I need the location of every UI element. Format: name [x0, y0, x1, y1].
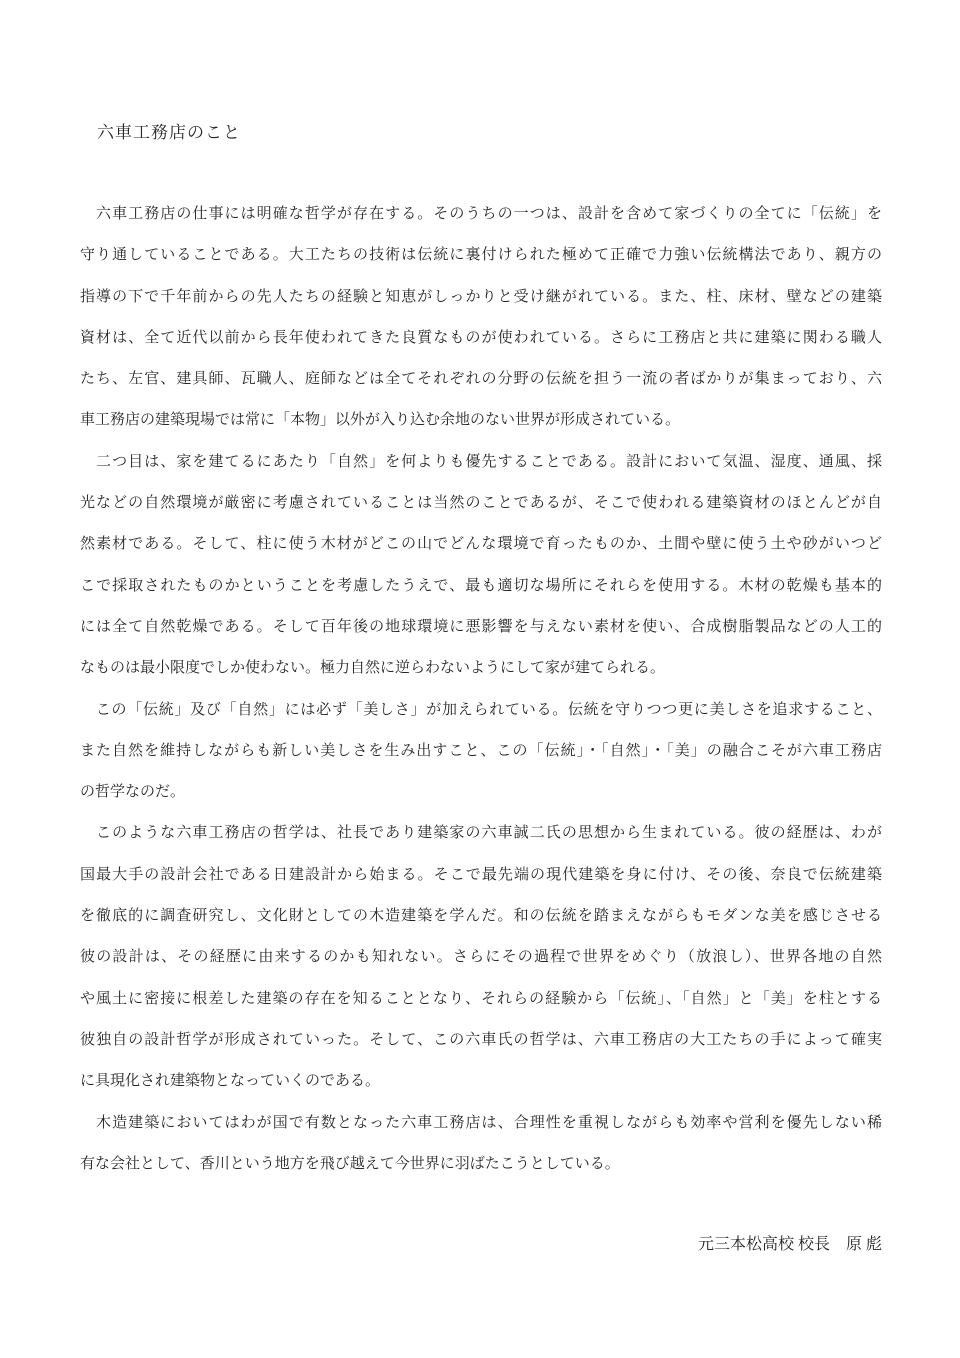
text-line: 木造建築においてはわが国で有数となった六車工務店は、合理性を重視しながらも効率や… — [80, 1103, 882, 1144]
text-line: や風土に密接に根差した建築の存在を知ることとなり、それらの経験から「伝統」、「自… — [80, 979, 882, 1020]
text-line: 資材は、全て近代以前から長年使われてきた良質なものが使われている。さらに工務店と… — [80, 318, 882, 359]
text-line: 彼の設計は、その経歴に由来するのかも知れない。さらにその過程で世界をめぐり（放浪… — [80, 937, 882, 978]
text-line: 然素材である。そして、柱に使う木材がどこの山でどんな環境で育ったものか、土間や壁… — [80, 524, 882, 565]
text-line: この「伝統」及び「自然」には必ず「美しさ」が加えられている。伝統を守りつつ更に美… — [80, 690, 882, 731]
signature: 元三本松高校 校長 原 彪 — [80, 1234, 882, 1256]
text-line: 彼独自の設計哲学が形成されていった。そして、この六車氏の哲学は、六車工務店の大工… — [80, 1020, 882, 1061]
text-line: 国最大手の設計会社である日建設計から始まる。そこで最先端の現代建築を身に付け、そ… — [80, 855, 882, 896]
text-line: このような六車工務店の哲学は、社長であり建築家の六車誠二氏の思想から生まれている… — [80, 813, 882, 854]
text-line: には全て自然乾燥である。そして百年後の地球環境に悪影響を与えない素材を使い、合成… — [80, 607, 882, 648]
document-title: 六車工務店のこと — [97, 122, 882, 144]
text-line: 車工務店の建築現場では常に「本物」以外が入り込む余地のない世界が形成されている。 — [80, 400, 882, 441]
text-line: 二つ目は、家を建てるにあたり「自然」を何よりも優先することである。設計において気… — [80, 442, 882, 483]
text-line: こで採取されたものかということを考慮したうえで、最も適切な場所にそれらを使用する… — [80, 566, 882, 607]
text-line: たち、左官、建具師、瓦職人、庭師などは全てそれぞれの分野の伝統を担う一流の者ばか… — [80, 359, 882, 400]
text-line: に具現化され建築物となっていくのである。 — [80, 1061, 882, 1102]
text-line: また自然を維持しながらも新しい美しさを生み出すこと、この「伝統」・「自然」・「美… — [80, 731, 882, 772]
document-body: 六車工務店の仕事には明確な哲学が存在する。そのうちの一つは、設計を含めて家づくり… — [80, 194, 882, 1185]
text-line: 有な会社として、香川という地方を飛び越えて今世界に羽ばたこうとしている。 — [80, 1144, 882, 1185]
text-line: 光などの自然環境が厳密に考慮されていることは当然のことであるが、そこで使われる建… — [80, 483, 882, 524]
text-line: 指導の下で千年前からの先人たちの経験と知恵がしっかりと受け継がれている。また、柱… — [80, 277, 882, 318]
text-line: 六車工務店の仕事には明確な哲学が存在する。そのうちの一つは、設計を含めて家づくり… — [80, 194, 882, 235]
text-line: を徹底的に調査研究し、文化財としての木造建築を学んだ。和の伝統を踏まえながらもモ… — [80, 896, 882, 937]
text-line: の哲学なのだ。 — [80, 772, 882, 813]
text-line: 守り通していることである。大工たちの技術は伝統に裏付けられた極めて正確で力強い伝… — [80, 235, 882, 276]
document-page: 六車工務店のこと 六車工務店の仕事には明確な哲学が存在する。そのうちの一つは、設… — [0, 0, 960, 1358]
text-line: なものは最小限度でしか使わない。極力自然に逆らわないようにして家が建てられる。 — [80, 648, 882, 689]
